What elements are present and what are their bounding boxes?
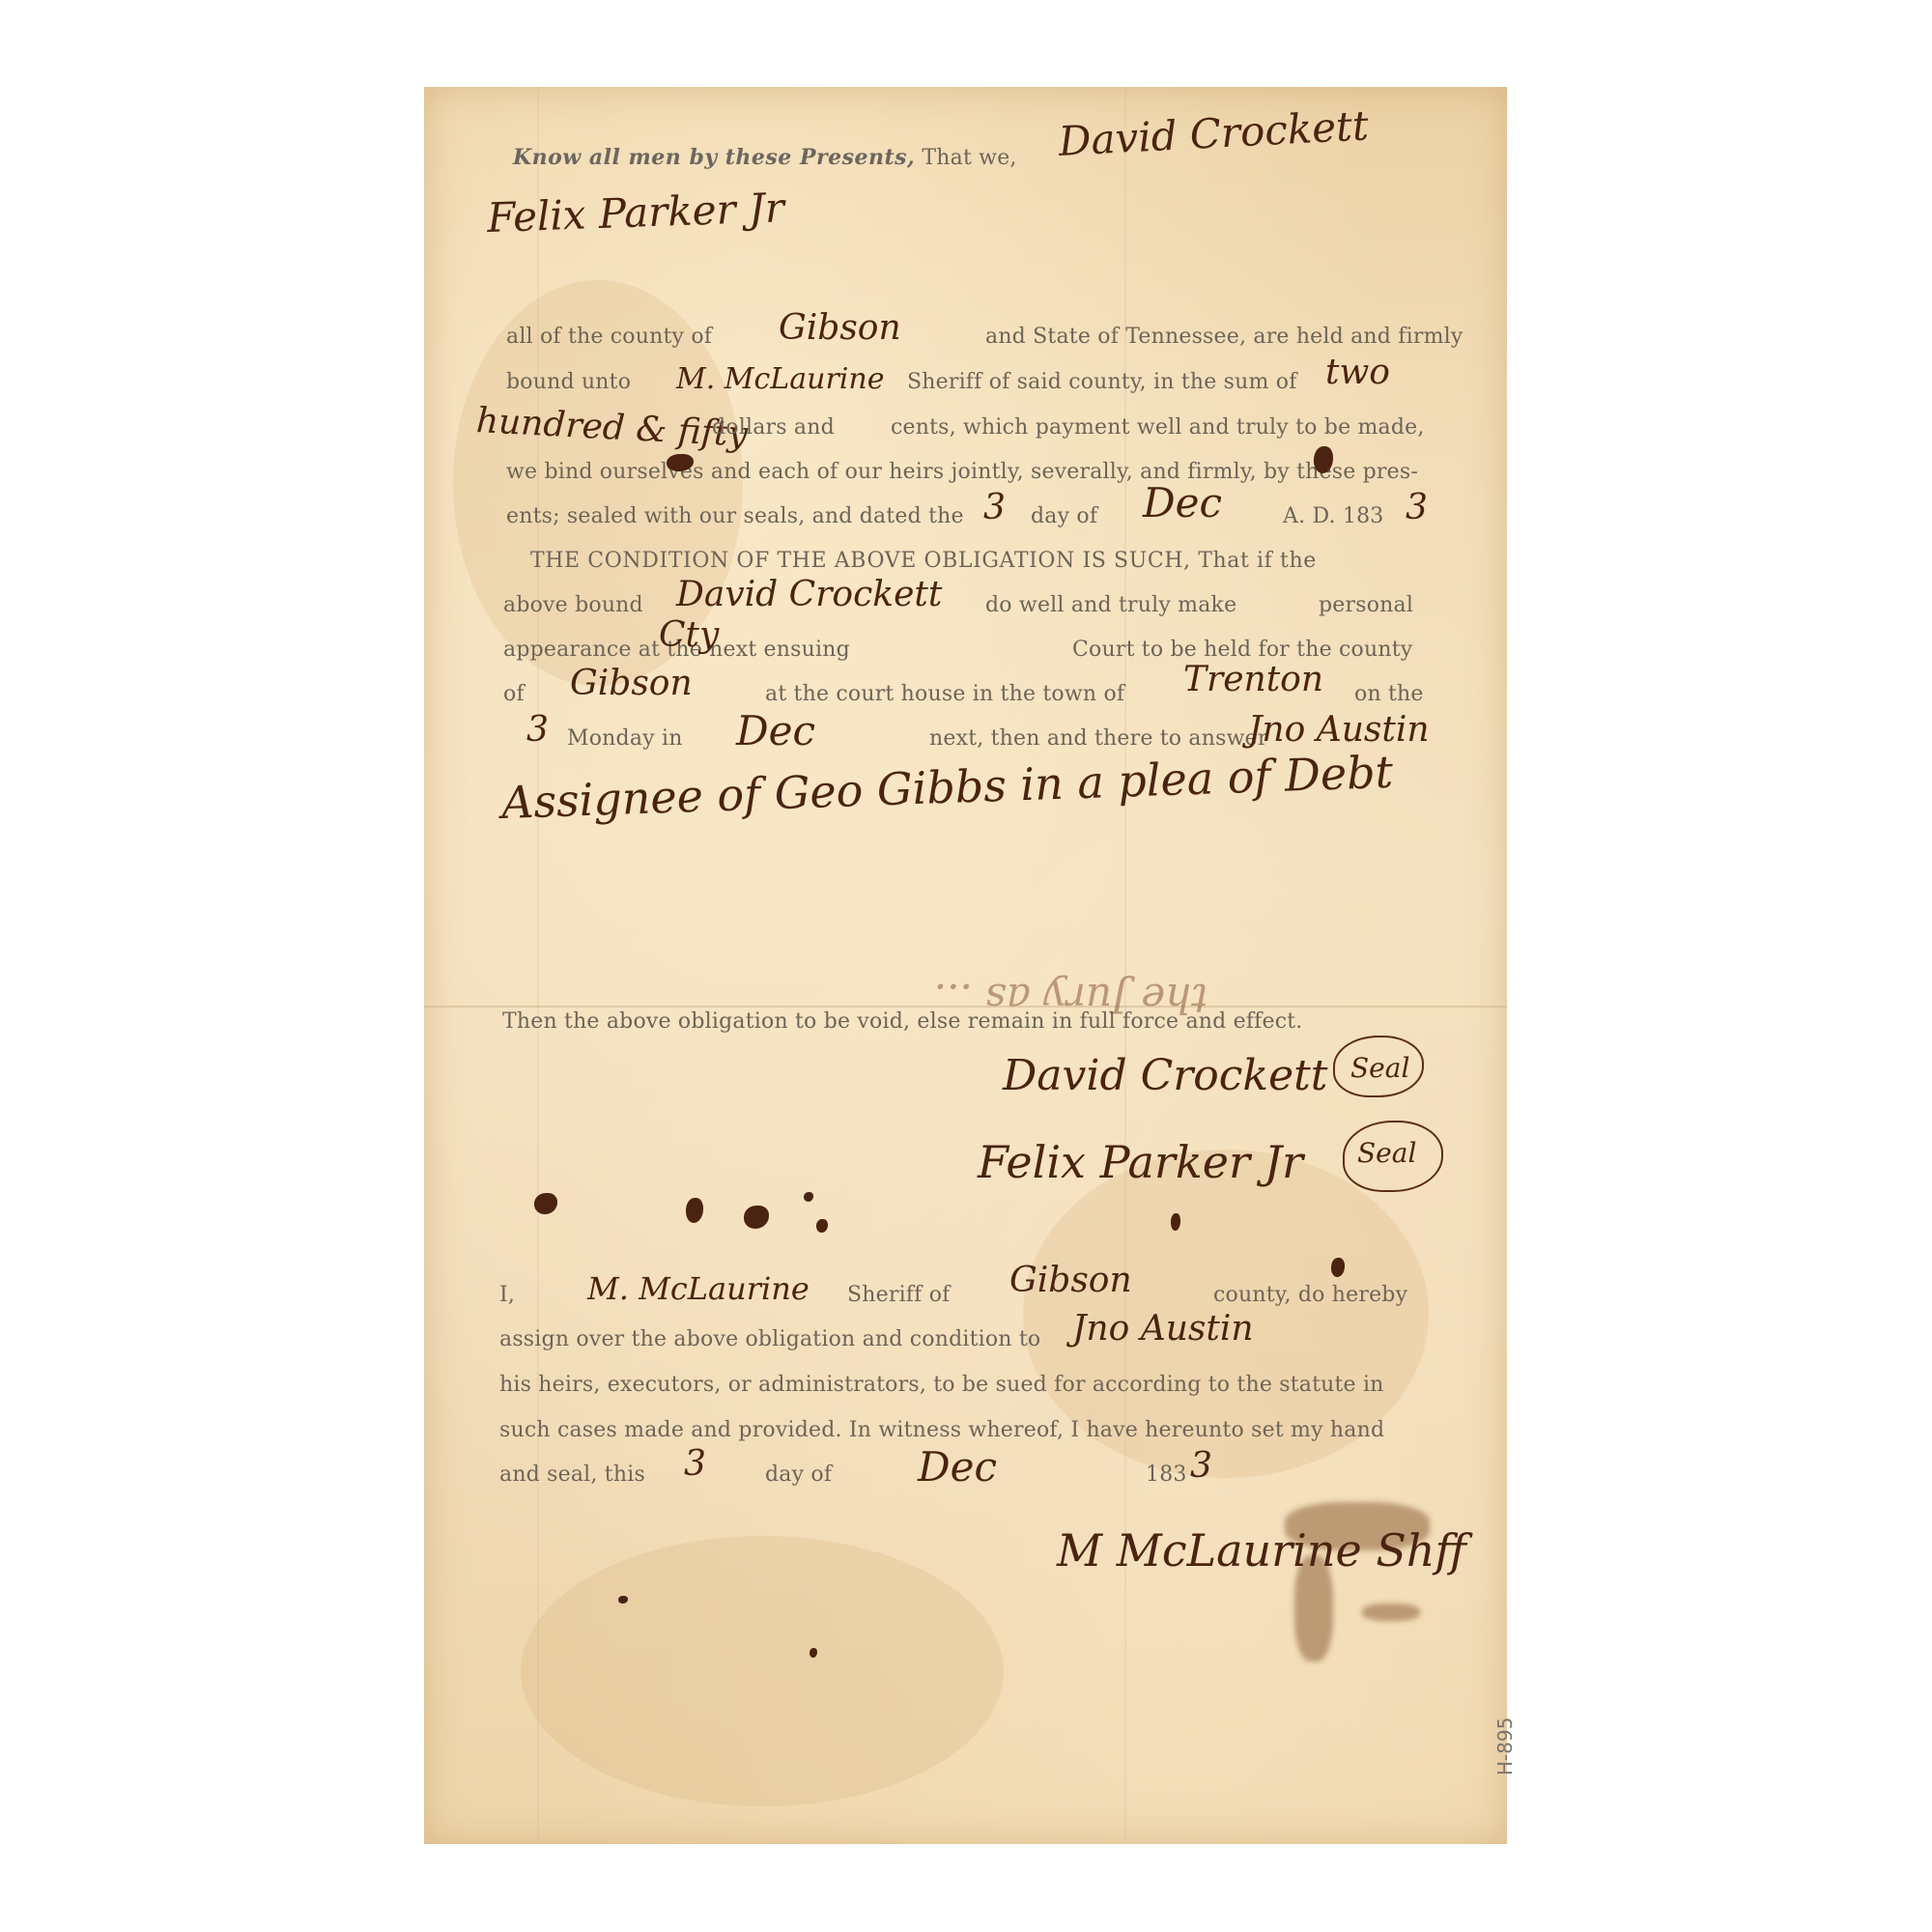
handwritten-month: Dec: [918, 1447, 997, 1488]
print-text: day of: [1031, 506, 1097, 527]
handwritten-month: Dec: [736, 711, 815, 752]
print-text: county, do hereby: [1213, 1285, 1407, 1306]
handwritten-sum: two: [1325, 355, 1390, 390]
handwritten-week-number: 3: [526, 713, 549, 748]
print-text: such cases made and provided. In witness…: [499, 1420, 1384, 1441]
print-text: next, then and there to answer: [929, 728, 1268, 750]
handwritten-sheriff-name: M. McLaurine: [676, 365, 884, 394]
handwritten-assignee: Jno Austin: [1072, 1312, 1254, 1347]
signature-parker: Felix Parker Jr: [978, 1140, 1303, 1184]
handwritten-town: Trenton: [1183, 663, 1323, 697]
print-text: and State of Tennessee, are held and fir…: [985, 327, 1463, 348]
print-text: Monday in: [567, 728, 683, 750]
paper-crease: [1124, 87, 1126, 1844]
print-text: do well and truly make: [985, 595, 1236, 616]
bond-document-page: [424, 87, 1507, 1844]
print-text: assign over the above obligation and con…: [499, 1329, 1040, 1350]
paper-stain: [521, 1536, 1004, 1806]
condition-heading-tail: That if the: [1198, 549, 1317, 573]
handwritten-month: Dec: [1143, 483, 1222, 524]
print-text: at the court house in the town of: [765, 684, 1124, 705]
closing-clause: Then the above obligation to be void, el…: [502, 1011, 1303, 1033]
seal-label: Seal: [1357, 1140, 1416, 1167]
handwritten-year-digit: 3: [1190, 1449, 1212, 1484]
print-text: of: [503, 684, 525, 705]
print-text: Sheriff of: [847, 1285, 950, 1306]
print-text: I,: [499, 1285, 515, 1306]
gothic-heading: Know all men by these Presents, That we,: [513, 147, 1017, 169]
print-text: above bound: [503, 595, 643, 616]
print-text: A. D. 183: [1283, 506, 1384, 527]
condition-heading-text: THE CONDITION OF THE ABOVE OBLIGATION IS…: [530, 549, 1191, 573]
handwritten-year-digit: 3: [1406, 491, 1428, 526]
print-text: and seal, this: [499, 1464, 645, 1486]
that-we-text: That we,: [922, 146, 1016, 170]
handwritten-court-type: Cty: [659, 618, 719, 653]
handwritten-county: Gibson: [570, 667, 693, 701]
ink-smear: [1362, 1604, 1420, 1621]
print-text: 183: [1146, 1464, 1187, 1486]
print-text: all of the county of: [506, 327, 712, 348]
seal-label: Seal: [1350, 1055, 1409, 1082]
print-text: dollars and: [712, 417, 835, 439]
handwritten-sheriff-name: M. McLaurine: [587, 1273, 810, 1304]
print-text: Sheriff of said county, in the sum of: [907, 372, 1297, 393]
handwritten-day: 3: [684, 1447, 706, 1482]
print-text: personal: [1319, 595, 1413, 616]
print-text: we bind ourselves and each of our heirs …: [506, 462, 1418, 483]
know-all-men-text: Know all men by these Presents,: [513, 145, 915, 170]
print-text: ents; sealed with our seals, and dated t…: [506, 506, 964, 527]
sheriff-signature: M McLaurine Shff: [1057, 1528, 1466, 1573]
print-text: day of: [765, 1464, 832, 1486]
handwritten-county: Gibson: [779, 311, 901, 346]
handwritten-county: Gibson: [1009, 1264, 1132, 1298]
print-text: cents, which payment well and truly to b…: [891, 417, 1425, 439]
signature-crockett: David Crockett: [1003, 1055, 1328, 1097]
print-text: bound unto: [506, 372, 631, 393]
handwritten-bound-party: David Crockett: [676, 578, 942, 612]
condition-heading: THE CONDITION OF THE ABOVE OBLIGATION IS…: [530, 551, 1317, 572]
handwritten-name-parker: Felix Parker Jr: [487, 187, 785, 239]
catalog-mark: H-895: [1493, 1718, 1517, 1776]
print-text: on the: [1354, 684, 1424, 705]
print-text: Court to be held for the county: [1072, 639, 1412, 661]
handwritten-plaintiff: Jno Austin: [1248, 713, 1430, 748]
print-text: his heirs, executors, or administrators,…: [499, 1375, 1384, 1396]
handwritten-day: 3: [983, 491, 1006, 526]
